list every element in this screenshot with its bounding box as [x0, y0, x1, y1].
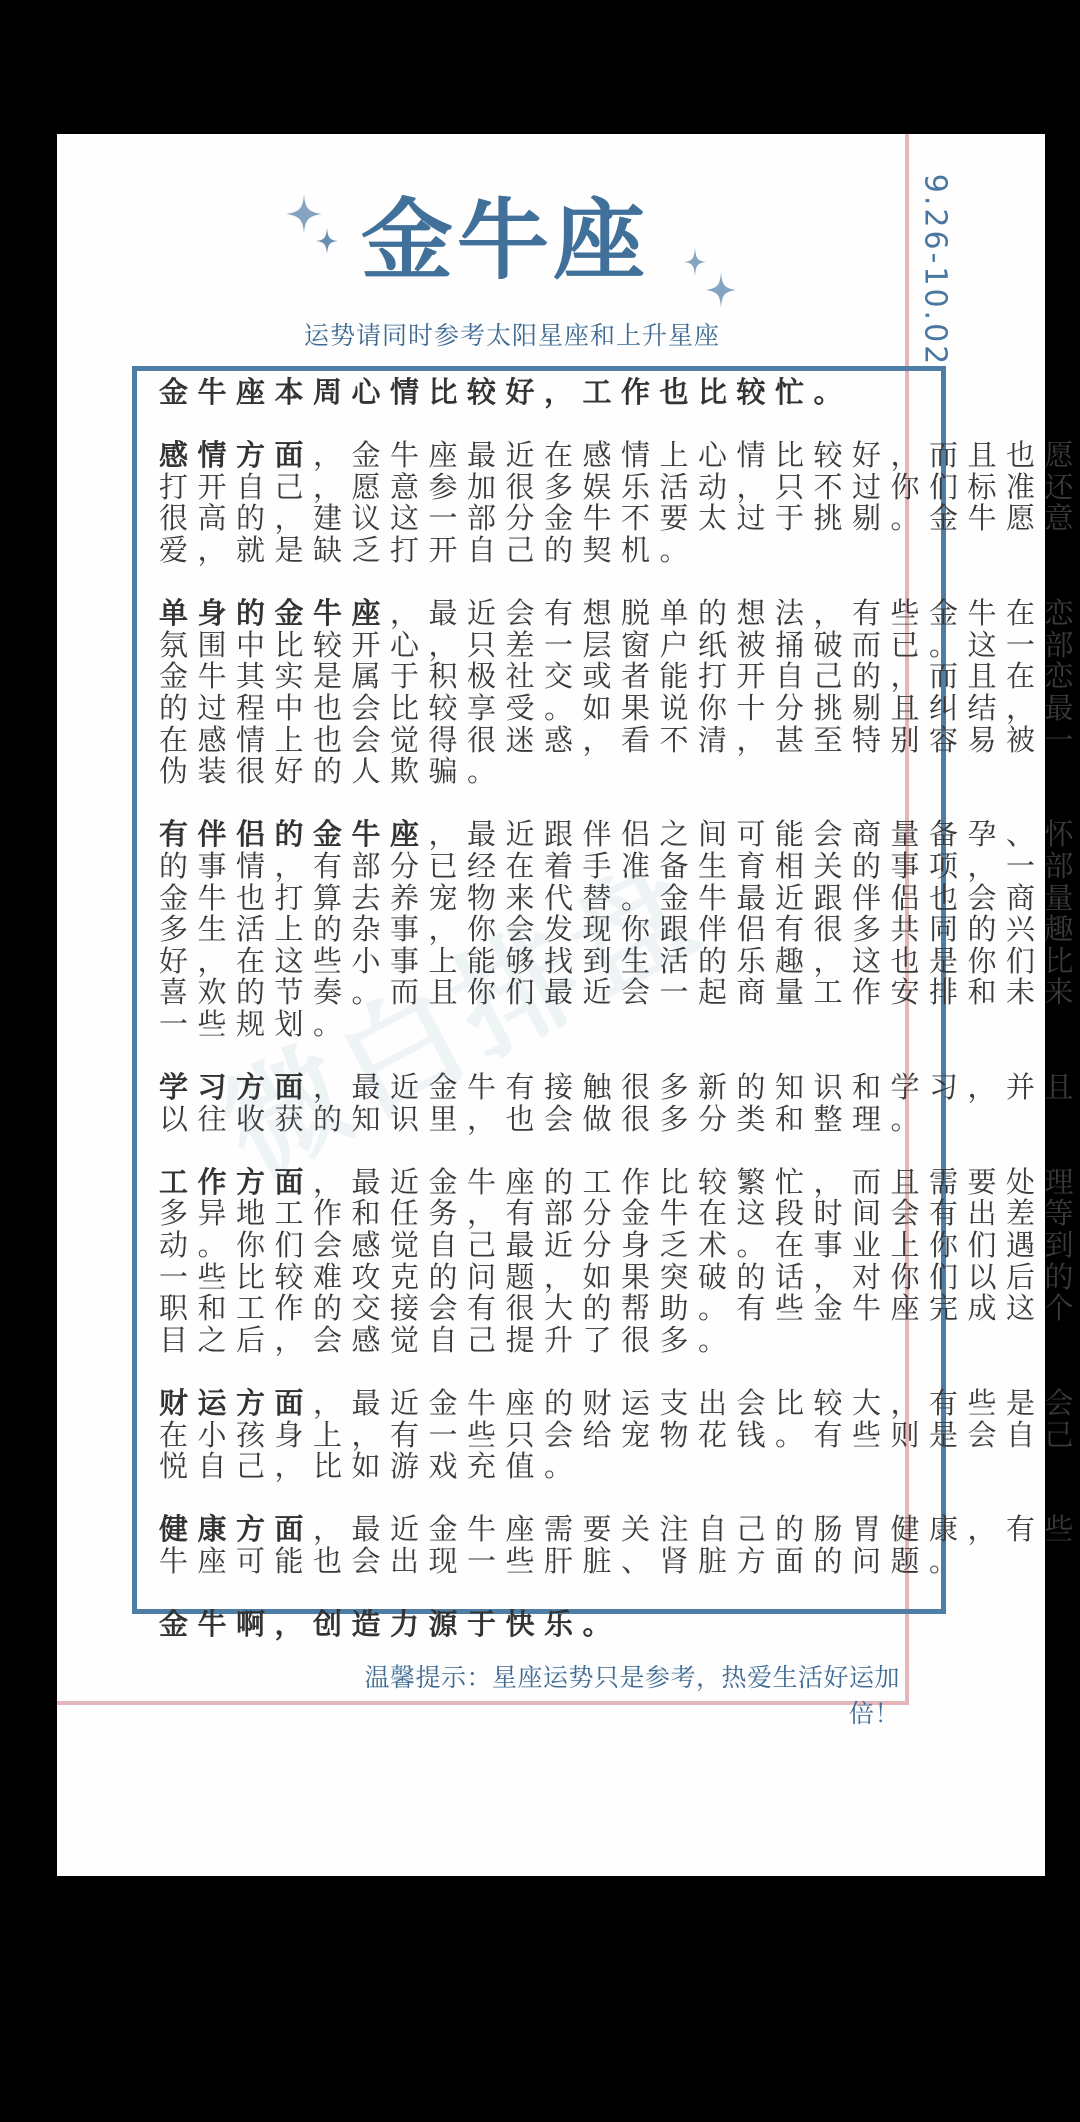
- page-title: 金牛座: [350, 189, 660, 294]
- wealth-paragraph: 财运方面，最近金牛座的财运支出会比较大，有些是会花 在小孩身上，有一些只会给宠物…: [159, 1388, 919, 1483]
- summary-text: 金牛座本周心情比较好，工作也比较忙。: [159, 375, 852, 409]
- sparkle-icon: [706, 272, 736, 308]
- paragraph-line: 一些比较难攻克的问题，如果突破的话，对你们以后的升: [159, 1262, 919, 1294]
- closing-paragraph: 金牛啊，创造力源于快乐。: [159, 1609, 919, 1641]
- paragraph-line: ，最近金牛座的工作比较繁忙，而且需要处理很: [313, 1165, 1080, 1199]
- section-heading: 学习方面: [159, 1070, 313, 1104]
- section-heading: 单身的金牛座: [159, 596, 390, 630]
- paragraph-line: 目之后，会感觉自己提升了很多。: [159, 1325, 919, 1357]
- summary-paragraph: 金牛座本周心情比较好，工作也比较忙。: [159, 377, 919, 409]
- date-range: 9.26-10.02: [915, 183, 955, 358]
- paragraph-line: 在小孩身上，有一些只会给宠物花钱。有些则是会自己取: [159, 1420, 919, 1452]
- work-paragraph: 工作方面，最近金牛座的工作比较繁忙，而且需要处理很 多异地工作和任务，有部分金牛…: [159, 1167, 919, 1357]
- paragraph-line: 多生活上的杂事，你会发现你跟伴侣有很多共同的兴趣爱: [159, 914, 919, 946]
- subtitle: 运势请同时参考太阳星座和上升星座: [300, 318, 724, 354]
- paragraph-line: ，最近会有想脱单的想法，有些金牛在恋爱: [390, 596, 1080, 630]
- section-heading: 有伴侣的金牛座: [159, 817, 429, 851]
- sparkle-icon: [316, 228, 338, 254]
- section-heading: 财运方面: [159, 1386, 313, 1420]
- paragraph-line: 以往收获的知识里，也会做很多分类和整理。: [159, 1104, 919, 1136]
- paragraph-line: ，最近金牛座的财运支出会比较大，有些是会花: [313, 1386, 1080, 1420]
- paragraph-line: ，最近金牛座需要关注自己的肠胃健康，有些金: [313, 1512, 1080, 1546]
- content-body: 金牛座本周心情比较好，工作也比较忙。 感情方面，金牛座最近在感情上心情比较好，而…: [159, 377, 919, 1672]
- paragraph-line: 好，在这些小事上能够找到生活的乐趣，这也是你们比较: [159, 946, 919, 978]
- paragraph-line: ，最近金牛有接触很多新的知识和学习，并且在: [313, 1070, 1080, 1104]
- paragraph-line: 的事情，有部分已经在着手准备生育相关的事项，一部分: [159, 851, 919, 883]
- paragraph-line: 伪装很好的人欺骗。: [159, 756, 919, 788]
- paragraph-line: 爱，就是缺乏打开自己的契机。: [159, 535, 919, 567]
- paragraph-line: 金牛也打算去养宠物来代替。金牛最近跟伴侣也会商量很: [159, 883, 919, 915]
- paragraph-line: 多异地工作和任务，有部分金牛在这段时间会有出差等活: [159, 1198, 919, 1230]
- paragraph-line: 一些规划。: [159, 1009, 919, 1041]
- paragraph-line: ，最近跟伴侣之间可能会商量备孕、怀孕: [429, 817, 1080, 851]
- health-paragraph: 健康方面，最近金牛座需要关注自己的肠胃健康，有些金 牛座可能也会出现一些肝脏、肾…: [159, 1514, 919, 1577]
- section-heading: 工作方面: [159, 1165, 313, 1199]
- love-paragraph: 感情方面，金牛座最近在感情上心情比较好，而且也愿意 打开自己，愿意参加很多娱乐活…: [159, 440, 919, 566]
- partnered-paragraph: 有伴侣的金牛座，最近跟伴侣之间可能会商量备孕、怀孕 的事情，有部分已经在着手准备…: [159, 819, 919, 1040]
- paragraph-line: 的过程中也会比较享受。如果说你十分挑剔且纠结，最近: [159, 693, 919, 725]
- section-heading: 健康方面: [159, 1512, 313, 1546]
- paragraph-line: 打开自己，愿意参加很多娱乐活动，只不过你们标准还是: [159, 472, 919, 504]
- sparkle-icon: [684, 248, 706, 276]
- paragraph-line: 氛围中比较开心，只差一层窗户纸被捅破而已。这一部分: [159, 630, 919, 662]
- paragraph-line: 牛座可能也会出现一些肝脏、肾脏方面的问题。: [159, 1546, 919, 1578]
- footer-tip: 温馨提示：星座运势只是参考，热爱生活好运加倍！: [340, 1660, 900, 1732]
- paragraph-line: 喜欢的节奏。而且你们最近会一起商量工作安排和未来的: [159, 977, 919, 1009]
- study-paragraph: 学习方面，最近金牛有接触很多新的知识和学习，并且在 以往收获的知识里，也会做很多…: [159, 1072, 919, 1135]
- paragraph-line: 很高的，建议这一部分金牛不要太过于挑剔。金牛愿意恋: [159, 503, 919, 535]
- single-paragraph: 单身的金牛座，最近会有想脱单的想法，有些金牛在恋爱 氛围中比较开心，只差一层窗户…: [159, 598, 919, 788]
- paragraph-line: 在感情上也会觉得很迷惑，看不清，甚至特别容易被一些: [159, 725, 919, 757]
- closing-text: 金牛啊，创造力源于快乐。: [159, 1607, 621, 1641]
- date-range-text: 9.26-10.02: [918, 174, 953, 368]
- paragraph-line: 动。你们会感觉自己最近分身乏术。在事业上你们遇到了: [159, 1230, 919, 1262]
- paragraph-line: 悦自己，比如游戏充值。: [159, 1451, 919, 1483]
- section-heading: 感情方面: [159, 438, 313, 472]
- paragraph-line: 金牛其实是属于积极社交或者能打开自己的，而且在恋爱: [159, 661, 919, 693]
- paragraph-line: 职和工作的交接会有很大的帮助。有些金牛座完成这个项: [159, 1293, 919, 1325]
- paragraph-line: ，金牛座最近在感情上心情比较好，而且也愿意: [313, 438, 1080, 472]
